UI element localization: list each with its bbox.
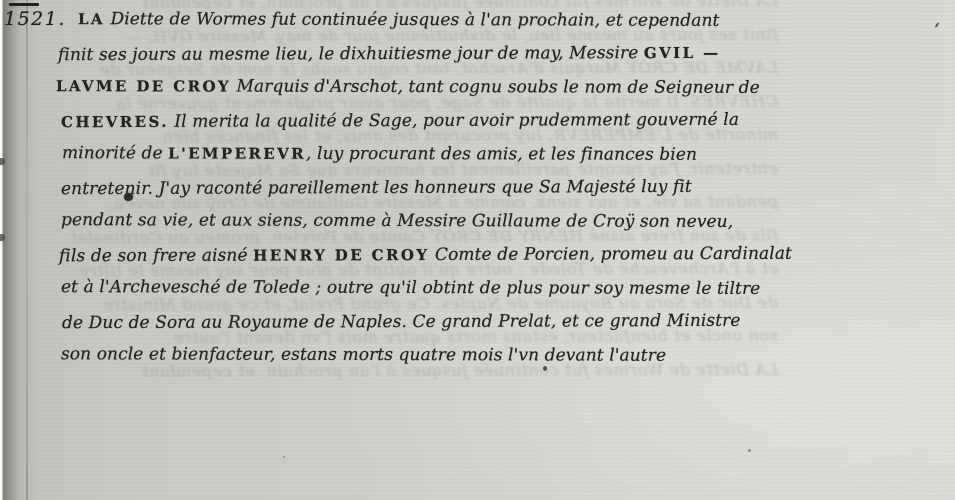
caps-text: CHEVRES. bbox=[61, 112, 169, 130]
manuscript-text-block: LA Diette de Wormes fut continuée jusque… bbox=[0, 0, 955, 500]
script-text: Diette de Wormes fut continuée jusques à… bbox=[105, 9, 720, 31]
manuscript-line: de Duc de Sora au Royaume de Naples. Ce … bbox=[62, 310, 741, 332]
manuscript-line: entretenir. J'ay raconté pareillement le… bbox=[61, 176, 692, 198]
manuscript-page: LA Diette de Wormes fut continuée jusque… bbox=[0, 0, 955, 500]
caps-text: LAVME DE CROY bbox=[56, 77, 231, 95]
script-text: finit ses jours au mesme lieu, le dixhui… bbox=[58, 43, 644, 65]
manuscript-line: son oncle et bienfacteur, estans morts q… bbox=[61, 344, 666, 366]
script-text: minorité de bbox=[62, 143, 168, 163]
ink-speck bbox=[283, 456, 285, 458]
caps-text: LA bbox=[78, 10, 105, 28]
caps-text: GVIL — bbox=[644, 43, 721, 61]
caps-text: L'EMPEREVR bbox=[168, 144, 306, 162]
script-text: son oncle et bienfacteur, estans morts q… bbox=[61, 344, 666, 366]
script-text: Il merita la qualité de Sage, pour avoir… bbox=[169, 109, 739, 131]
caps-text: HENRY DE CROY bbox=[253, 245, 429, 264]
manuscript-line: et à l'Archevesché de Tolede ; outre qu'… bbox=[61, 277, 760, 299]
manuscript-line: pendant sa vie, et aux siens, comme à Me… bbox=[61, 210, 733, 232]
script-text: , luy procurant des amis, et les finance… bbox=[306, 144, 697, 165]
script-text: Comte de Porcien, promeu au Cardinalat bbox=[429, 243, 792, 264]
manuscript-line: LA Diette de Wormes fut continuée jusque… bbox=[78, 9, 720, 31]
script-text: fils de son frere aisné bbox=[59, 245, 253, 266]
ink-speck bbox=[748, 449, 751, 452]
ink-speck bbox=[543, 366, 547, 371]
script-text: entretenir. J'ay raconté pareillement le… bbox=[61, 176, 692, 198]
manuscript-line: LAVME DE CROY Marquis d'Arschot, tant co… bbox=[56, 76, 760, 98]
script-text: et à l'Archevesché de Tolede ; outre qu'… bbox=[61, 277, 760, 299]
script-text: Marquis d'Arschot, tant cognu soubs le n… bbox=[231, 77, 760, 98]
manuscript-line: CHEVRES. Il merita la qualité de Sage, p… bbox=[61, 109, 739, 131]
manuscript-line: fils de son frere aisné HENRY DE CROY Co… bbox=[59, 243, 792, 266]
manuscript-line: finit ses jours au mesme lieu, le dixhui… bbox=[58, 42, 721, 64]
manuscript-line: minorité de L'EMPEREVR, luy procurant de… bbox=[62, 143, 697, 165]
script-text: pendant sa vie, et aux siens, comme à Me… bbox=[61, 210, 733, 232]
script-text: de Duc de Sora au Royaume de Naples. Ce … bbox=[62, 310, 741, 332]
